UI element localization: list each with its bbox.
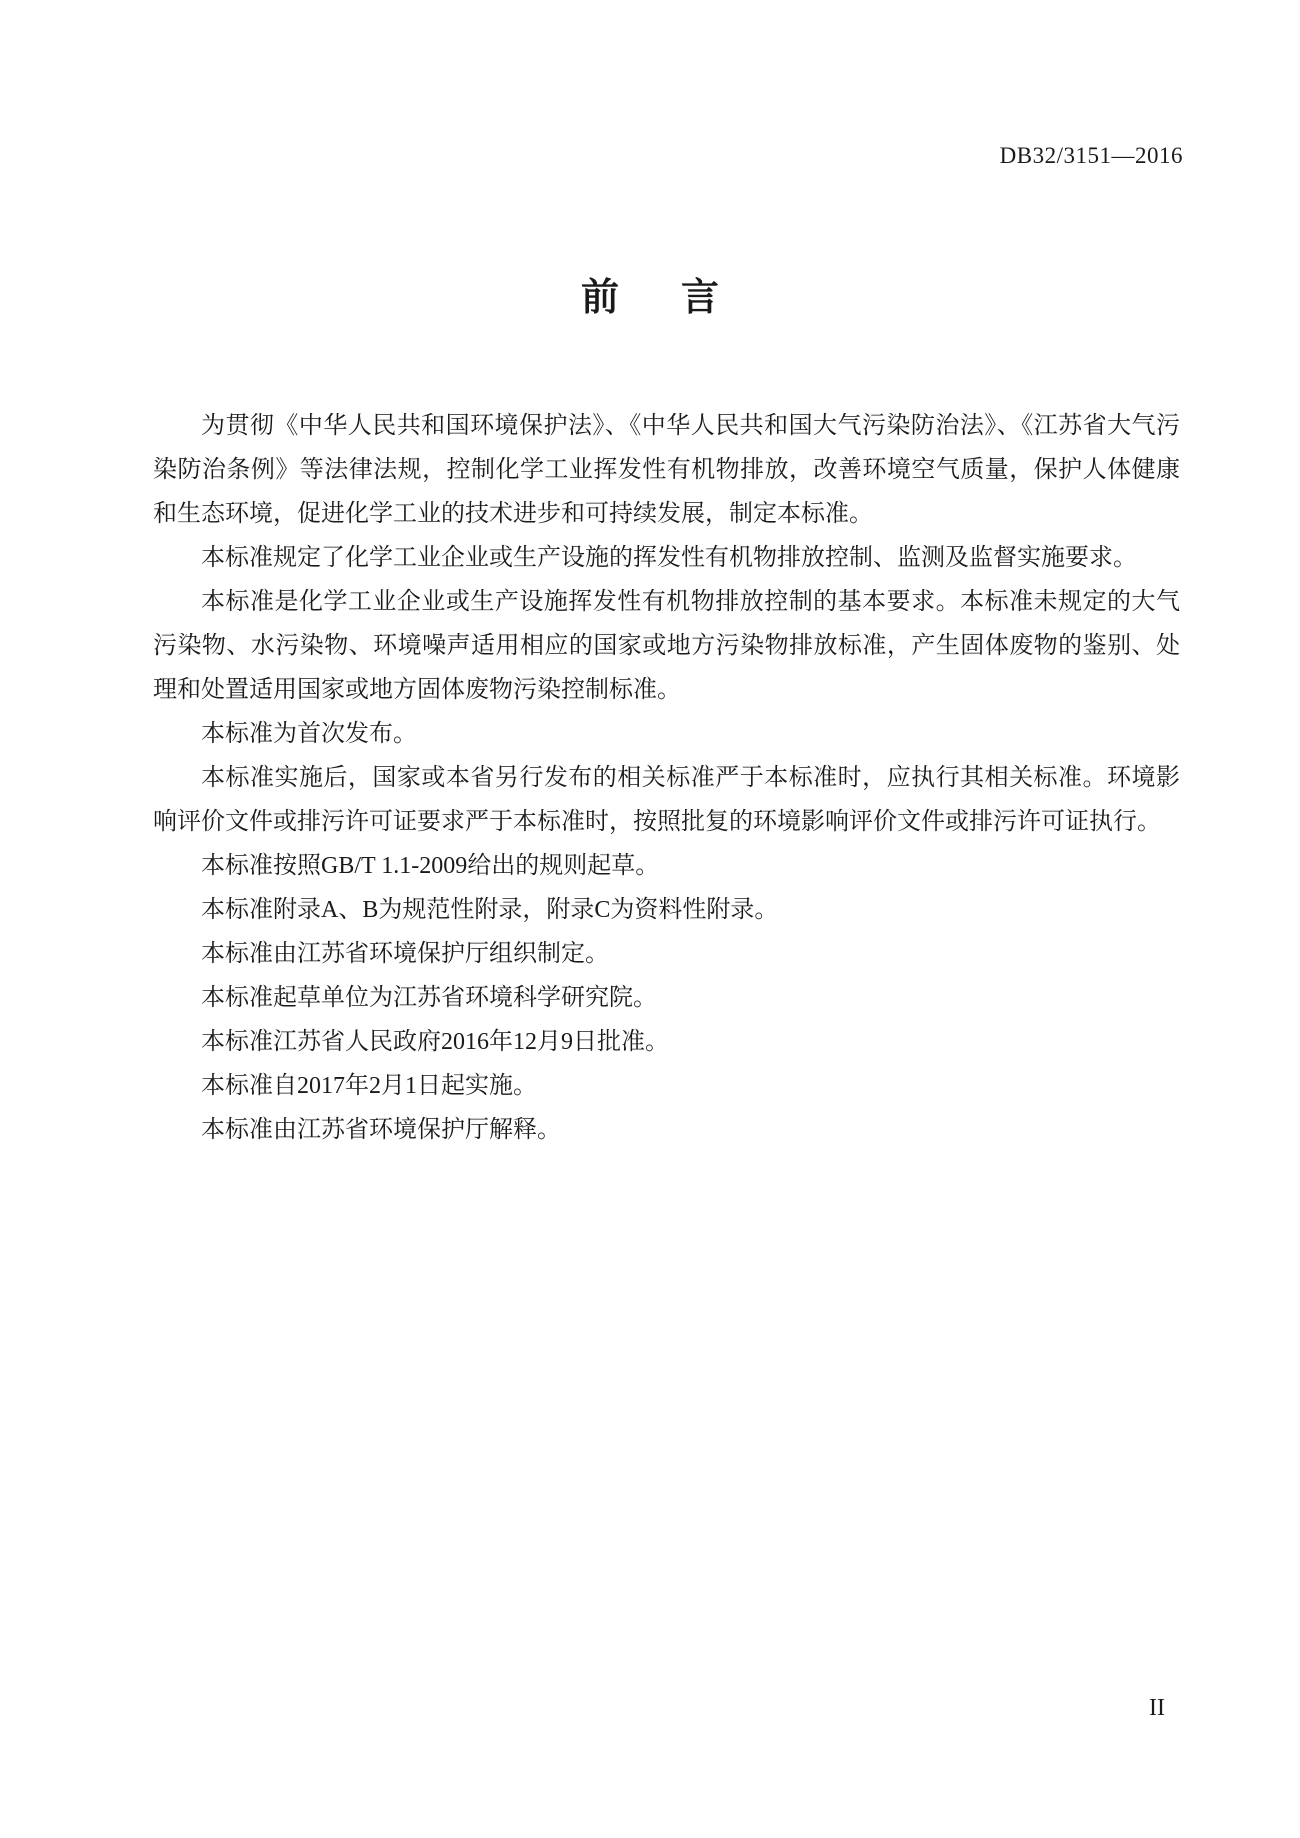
paragraph: 本标准是化学工业企业或生产设施挥发性有机物排放控制的基本要求。本标准未规定的大气… <box>153 580 1180 712</box>
document-page: DB32/3151—2016 前 言 为贯彻《中华人民共和国环境保护法》、《中华… <box>0 0 1300 1838</box>
paragraph: 本标准为首次发布。 <box>153 712 1180 756</box>
page-title: 前 言 <box>0 276 1300 322</box>
standard-number: DB32/3151—2016 <box>1000 143 1183 169</box>
page-number: II <box>1149 1695 1165 1722</box>
paragraph: 本标准规定了化学工业企业或生产设施的挥发性有机物排放控制、监测及监督实施要求。 <box>153 536 1180 580</box>
paragraph: 本标准自2017年2月1日起实施。 <box>153 1064 1180 1108</box>
paragraph: 本标准实施后，国家或本省另行发布的相关标准严于本标准时，应执行其相关标准。环境影… <box>153 756 1180 844</box>
paragraph: 本标准起草单位为江苏省环境科学研究院。 <box>153 976 1180 1020</box>
page-title-char-2: 言 <box>681 276 719 322</box>
foreword-body: 为贯彻《中华人民共和国环境保护法》、《中华人民共和国大气污染防治法》、《江苏省大… <box>153 404 1180 1152</box>
paragraph: 本标准由江苏省环境保护厅组织制定。 <box>153 932 1180 976</box>
paragraph: 本标准由江苏省环境保护厅解释。 <box>153 1108 1180 1152</box>
paragraph: 本标准附录A、B为规范性附录，附录C为资料性附录。 <box>153 888 1180 932</box>
paragraph: 本标准按照GB/T 1.1-2009给出的规则起草。 <box>153 844 1180 888</box>
paragraph: 本标准江苏省人民政府2016年12月9日批准。 <box>153 1020 1180 1064</box>
paragraph: 为贯彻《中华人民共和国环境保护法》、《中华人民共和国大气污染防治法》、《江苏省大… <box>153 404 1180 536</box>
page-title-char-1: 前 <box>581 276 619 322</box>
